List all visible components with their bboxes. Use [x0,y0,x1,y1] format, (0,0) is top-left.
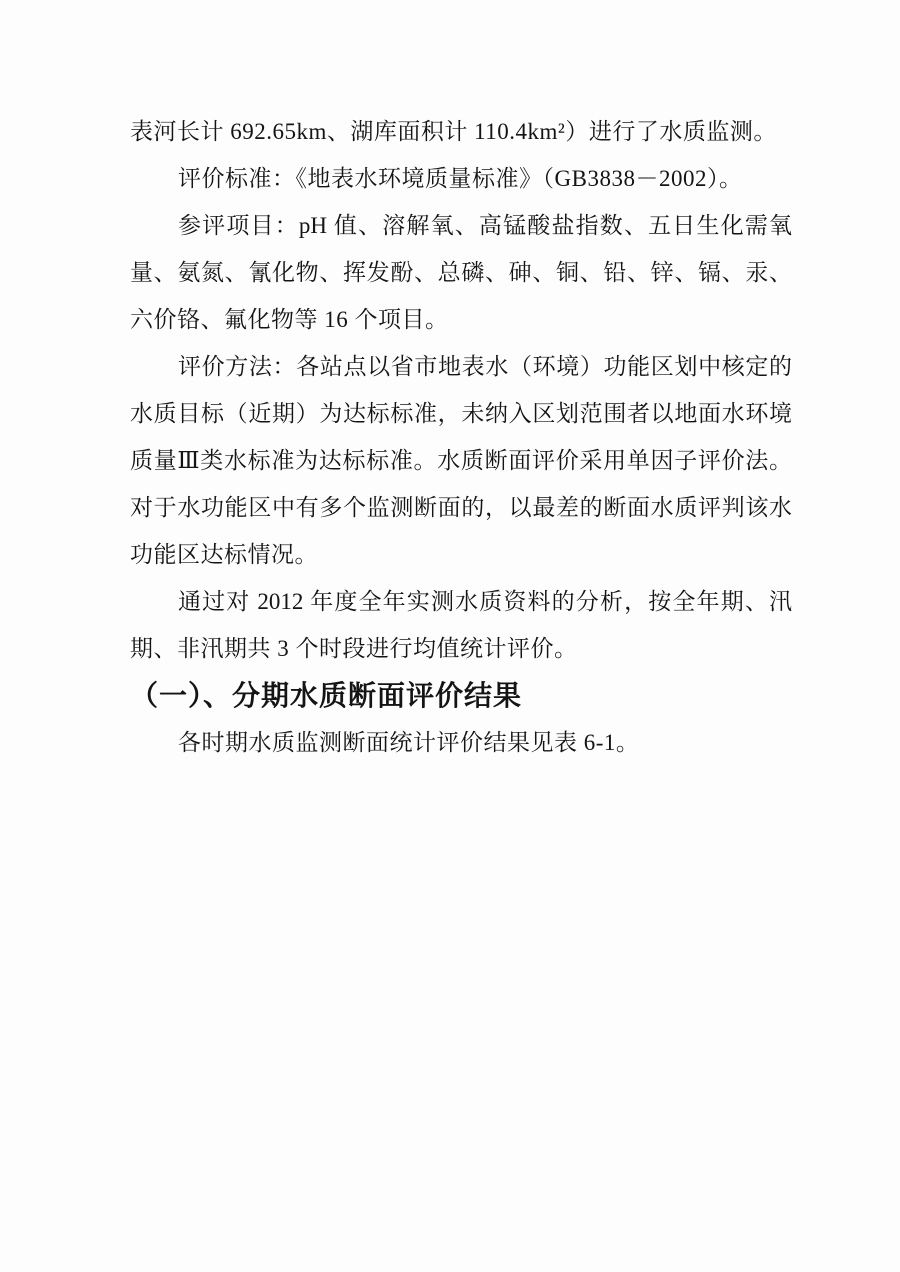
document-body: 表河长计 692.65km、湖库面积计 110.4km²）进行了水质监测。评价标… [130,108,792,766]
section-heading: （一）、分期水质断面评价结果 [130,672,792,719]
paragraph-line: 期、非汛期共 3 个时段进行均值统计评价。 [130,625,792,672]
paragraph-line: 表河长计 692.65km、湖库面积计 110.4km²）进行了水质监测。 [130,108,792,155]
paragraph-line: 评价标准：《地表水环境质量标准》（GB3838－2002）。 [130,155,792,202]
paragraph-line: 参评项目：pH 值、溶解氧、高锰酸盐指数、五日生化需氧 [130,202,792,249]
paragraph-line: 评价方法：各站点以省市地表水（环境）功能区划中核定的 [130,343,792,390]
paragraph-line: 质量Ⅲ类水标准为达标标准。水质断面评价采用单因子评价法。 [130,437,792,484]
paragraph-line: 量、氨氮、氰化物、挥发酚、总磷、砷、铜、铅、锌、镉、汞、 [130,249,792,296]
document-page: 表河长计 692.65km、湖库面积计 110.4km²）进行了水质监测。评价标… [0,0,900,1272]
paragraph-line: 水质目标（近期）为达标标准，未纳入区划范围者以地面水环境 [130,390,792,437]
paragraph-line: 功能区达标情况。 [130,531,792,578]
paragraph-line: 通过对 2012 年度全年实测水质资料的分析，按全年期、汛 [130,578,792,625]
paragraph-line: 各时期水质监测断面统计评价结果见表 6-1。 [130,719,792,766]
paragraph-line: 六价铬、氟化物等 16 个项目。 [130,296,792,343]
paragraph-line: 对于水功能区中有多个监测断面的，以最差的断面水质评判该水 [130,484,792,531]
